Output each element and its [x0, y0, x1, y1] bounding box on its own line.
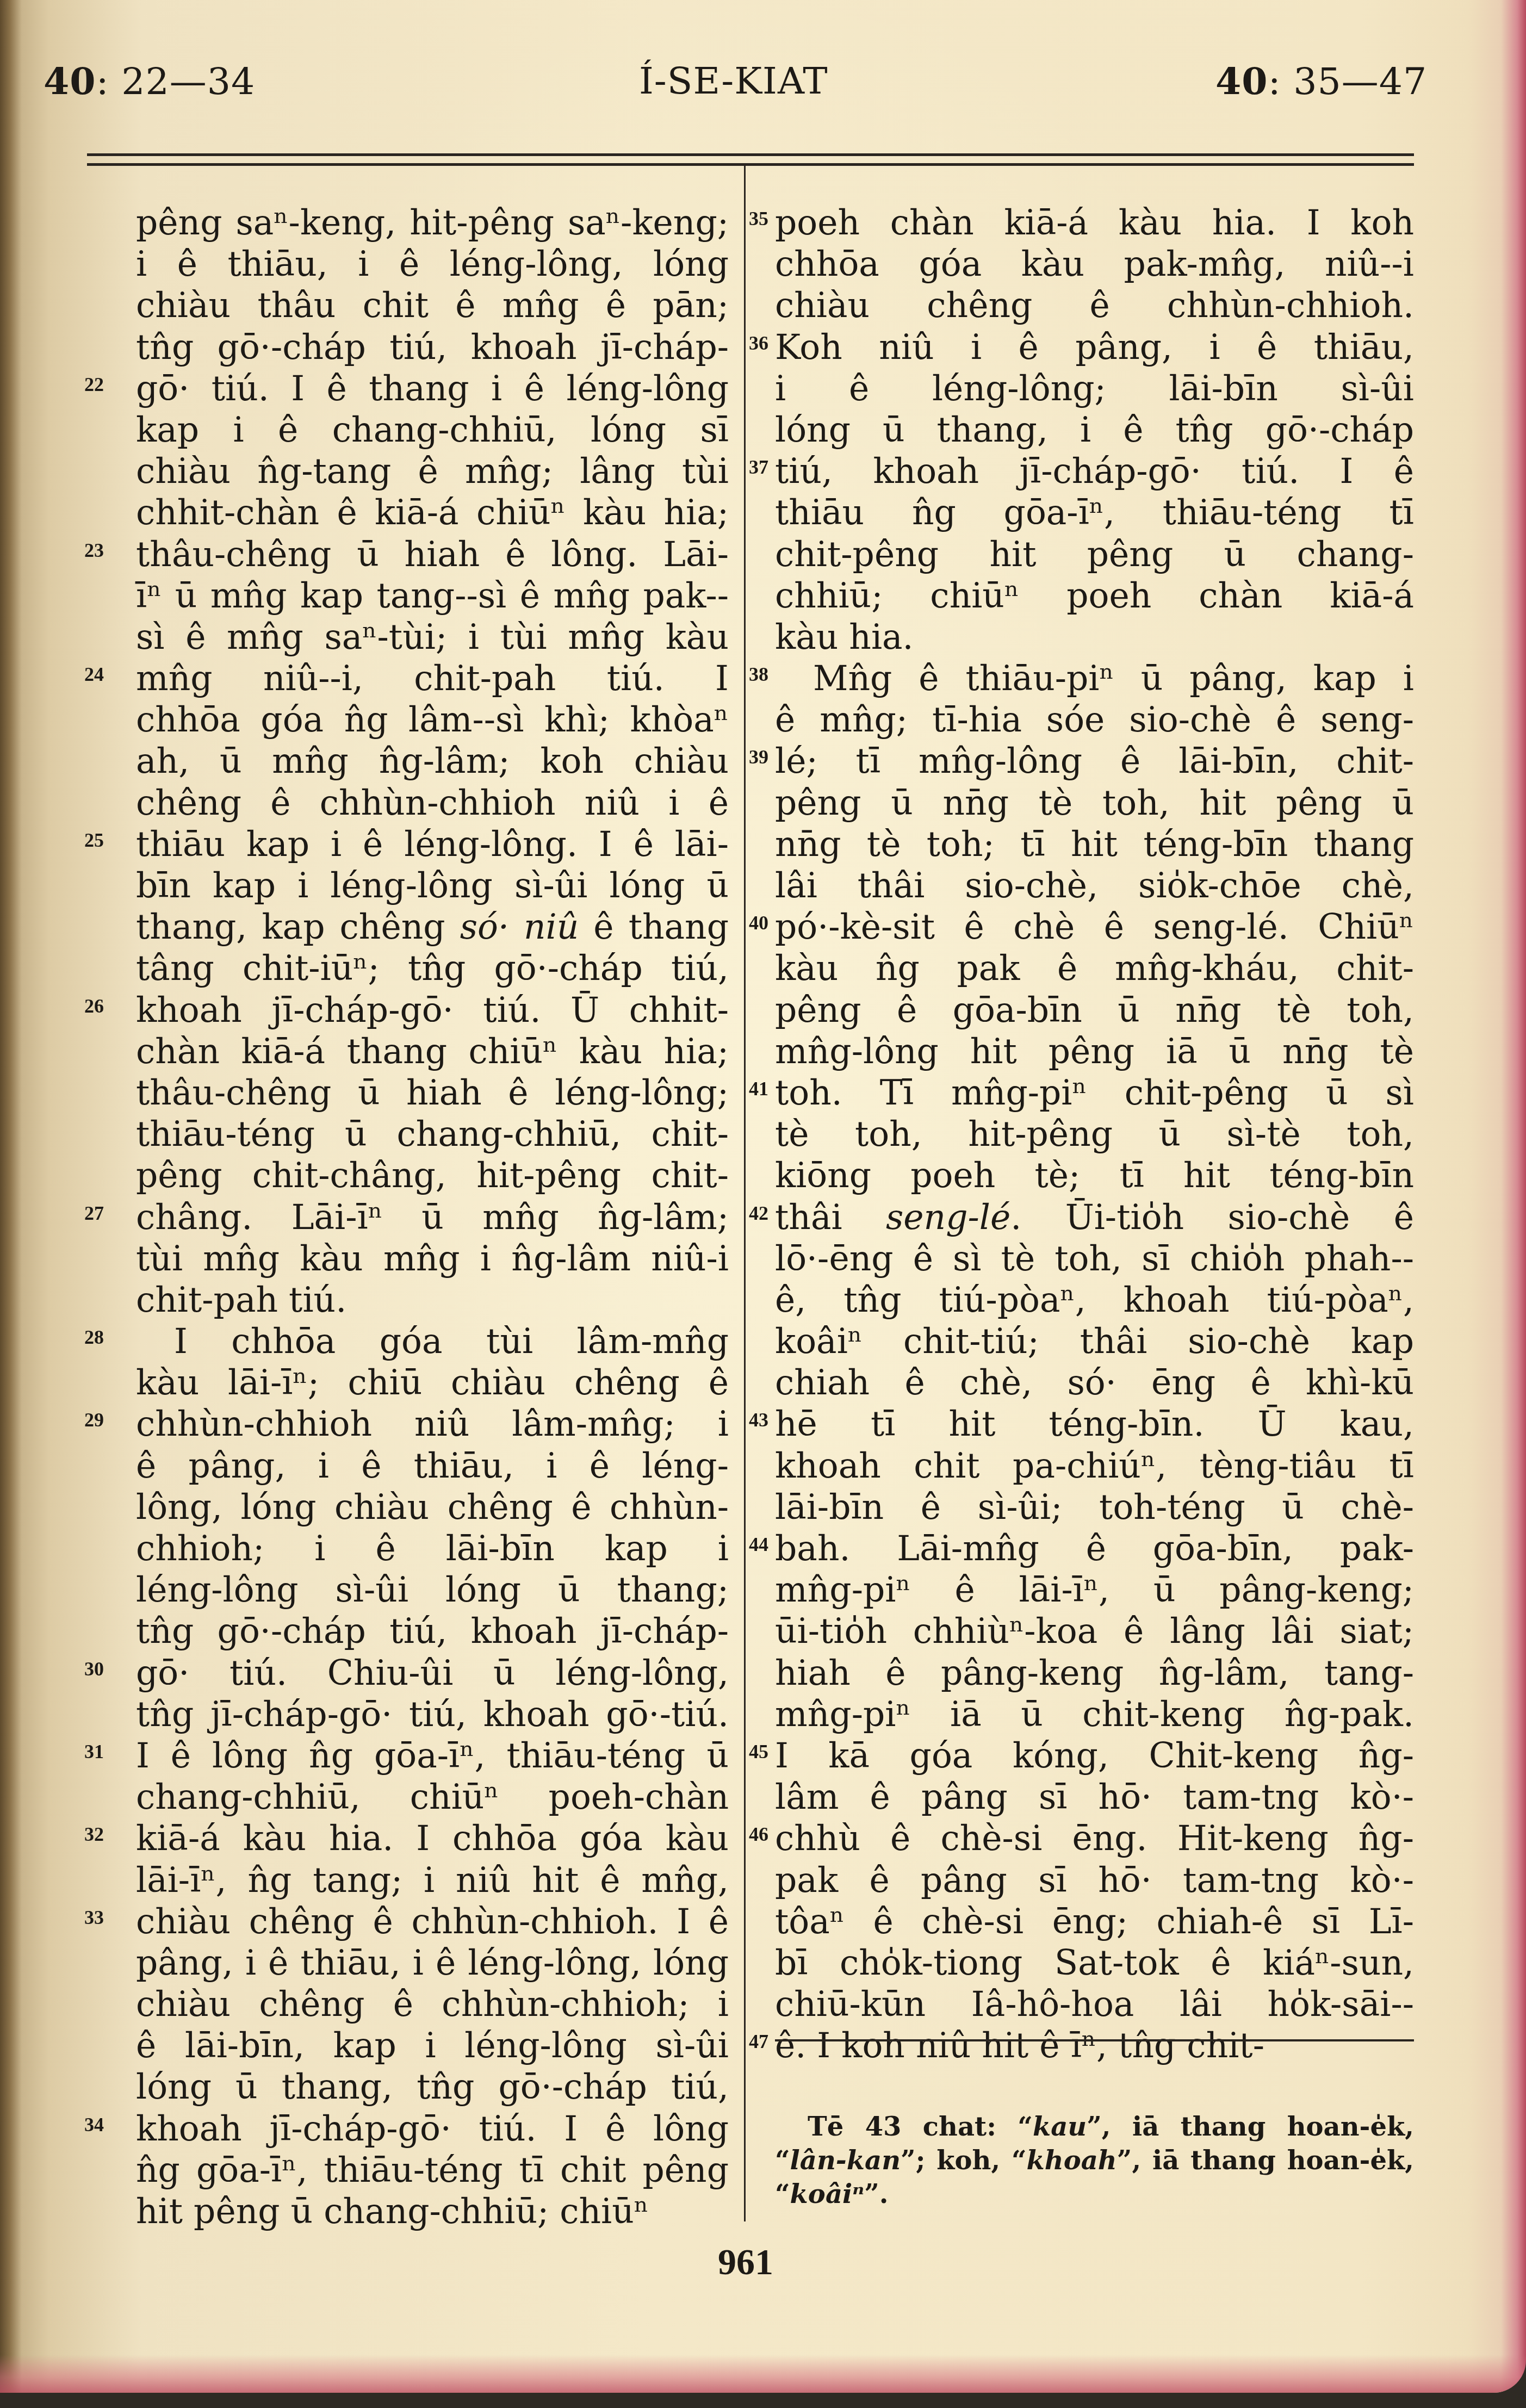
line-text: thiāu-téng ū chang-chhiū, chit- — [136, 1114, 729, 1154]
footnote-rule — [775, 2039, 1414, 2041]
line-text: kàu hia. — [775, 617, 914, 657]
line-text: pêng chit-châng, hit-pêng chit- — [136, 1156, 729, 1195]
verse-number: 31 — [84, 1742, 104, 1761]
verse-number: 35 — [749, 209, 768, 228]
line-text: i ê thiāu, i ê léng-lông, lóng — [136, 244, 729, 284]
text-line: ê pâng, i ê thiāu, i ê léng- — [136, 1445, 729, 1487]
line-text: gō· tiú. I ê thang i ê léng-lông — [136, 369, 729, 408]
line-text: pâng, i ê thiāu, i ê léng-lông, lóng — [136, 1943, 729, 1983]
line-text: chiah ê chè, só· ēng ê khì-kū — [775, 1363, 1414, 1402]
text-line: chhiū; chiūⁿ poeh chàn kiā-á — [775, 575, 1414, 617]
text-line: 34khoah jī-cháp-gō· tiú. I ê lông — [136, 2108, 729, 2150]
line-text: tùi mn̂g kàu mn̂g i n̂g-lâm niû-i — [136, 1239, 729, 1279]
line-text: pêng ê gōa-bīn ū nn̄g tè toh, — [775, 990, 1414, 1030]
line-text: hē tī hit téng-bīn. Ū kau, — [775, 1404, 1414, 1444]
line-text: lé; tī mn̂g-lông ê lāi-bīn, chit- — [775, 741, 1414, 781]
left-column: pêng saⁿ-keng, hit-pêng saⁿ-keng;i ê thi… — [136, 202, 729, 2232]
text-line: pêng saⁿ-keng, hit-pêng saⁿ-keng; — [136, 202, 729, 244]
text-line: 26khoah jī-cháp-gō· tiú. Ū chhit- — [136, 990, 729, 1031]
footnote: Tē 43 chat: “kau”, iā thang hoan-e̍k,“lâ… — [775, 2110, 1414, 2211]
line-text: pêng saⁿ-keng, hit-pêng saⁿ-keng; — [136, 203, 729, 243]
verse-number: 38 — [749, 665, 768, 684]
verse-number: 22 — [84, 375, 104, 394]
text-line: pak ê pâng sī hō· tam-tng kò·- — [775, 1860, 1414, 1901]
text-line: kiōng poeh tè; tī hit téng-bīn — [775, 1155, 1414, 1196]
verse-range-left: : 22—34 — [96, 60, 256, 103]
line-text: nn̄g tè toh; tī hit téng-bīn thang — [775, 824, 1414, 864]
right-column: 35poeh chàn kiā-á kàu hia. I kohchhōa gó… — [775, 202, 1414, 2066]
text-line: 41toh. Tī mn̂g-piⁿ chit-pêng ū sì — [775, 1072, 1414, 1114]
line-text: n̂g gōa-īⁿ, thiāu-téng tī chit pêng — [136, 2150, 729, 2190]
text-line: 46chhù ê chè-si ēng. Hit-keng n̂g- — [775, 1818, 1414, 1859]
text-line: chit-pêng hit pêng ū chang- — [775, 534, 1414, 575]
text-line: pêng chit-châng, hit-pêng chit- — [136, 1155, 729, 1196]
text-line: 32kiā-á kàu hia. I chhōa góa kàu — [136, 1818, 729, 1859]
text-line: ūi-tio̍h chhiùⁿ-koa ê lâng lâi siat; — [775, 1611, 1414, 1652]
verse-number: 30 — [84, 1659, 104, 1679]
text-line: sì ê mn̂g saⁿ-tùi; i tùi mn̂g kàu — [136, 617, 729, 658]
verse-number: 44 — [749, 1535, 768, 1554]
line-text: lāi-īⁿ, n̂g tang; i niû hit ê mn̂g, — [136, 1860, 729, 1900]
text-line: 39lé; tī mn̂g-lông ê lāi-bīn, chit- — [775, 741, 1414, 782]
text-line: 38Mn̂g ê thiāu-piⁿ ū pâng, kap i — [775, 658, 1414, 699]
text-line: pâng, i ê thiāu, i ê léng-lông, lóng — [136, 1942, 729, 1984]
line-text: chiū-kūn Iâ-hô-hoa lâi ho̍k-sāi-- — [775, 1984, 1414, 2024]
line-text: ah, ū mn̂g n̂g-lâm; koh chiàu — [136, 741, 729, 781]
verse-number: 26 — [84, 996, 104, 1016]
line-text: lāi-bīn ê sì-ûi; toh-téng ū chè- — [775, 1487, 1414, 1527]
text-line: kàu lāi-īⁿ; chiū chiàu chêng ê — [136, 1362, 729, 1404]
text-line: chiàu n̂g-tang ê mn̂g; lâng tùi — [136, 451, 729, 492]
text-line: pêng ê gōa-bīn ū nn̄g tè toh, — [775, 990, 1414, 1031]
header-rule-bottom — [87, 163, 1414, 166]
line-text: thiāu kap i ê léng-lông. I ê lāi- — [136, 824, 729, 864]
text-line: 30gō· tiú. Chiu-ûi ū léng-lông, — [136, 1653, 729, 1694]
line-text: kàu lāi-īⁿ; chiū chiàu chêng ê — [136, 1363, 729, 1402]
line-text: chit-pah tiú. — [136, 1280, 346, 1320]
verse-number: 33 — [84, 1908, 104, 1927]
line-text: chiàu n̂g-tang ê mn̂g; lâng tùi — [136, 451, 729, 491]
text-line: tn̂g gō·-cháp tiú, khoah jī-cháp- — [136, 327, 729, 368]
text-line: tùi mn̂g kàu mn̂g i n̂g-lâm niû-i — [136, 1238, 729, 1280]
text-line: 24mn̂g niû--i, chit-pah tiú. I — [136, 658, 729, 699]
running-head-left: 40: 22—34 — [44, 60, 255, 103]
text-line: chiàu chêng ê chhùn-chhioh; i — [136, 1984, 729, 2025]
text-line: lông, lóng chiàu chêng ê chhùn- — [136, 1487, 729, 1528]
line-text: tè toh, hit-pêng ū sì-tè toh, — [775, 1114, 1414, 1154]
text-line: hiah ê pâng-keng n̂g-lâm, tang- — [775, 1653, 1414, 1694]
text-line: lâm ê pâng sī hō· tam-tng kò·- — [775, 1777, 1414, 1818]
line-text: chhiū; chiūⁿ poeh chàn kiā-á — [775, 576, 1414, 616]
text-line: koâiⁿ chit-tiú; thâi sio-chè kap — [775, 1321, 1414, 1362]
text-line: thiāu-téng ū chang-chhiū, chit- — [136, 1114, 729, 1155]
text-line: 47ê. I koh niû hit ê īⁿ, tn̂g chit- — [775, 2025, 1414, 2066]
text-line: tn̂g gō·-cháp tiú, khoah jī-cháp- — [136, 1611, 729, 1652]
running-head-right: 40: 35—47 — [1215, 60, 1427, 103]
line-text: I chhōa góa tùi lâm-mn̂g — [174, 1321, 729, 1361]
text-line: lâi thâi sio-chè, sio̍k-chōe chè, — [775, 865, 1414, 907]
line-text: tôaⁿ ê chè-si ēng; chiah-ê sī Lī- — [775, 1902, 1414, 1941]
line-text: chang-chhiū, chiūⁿ poeh-chàn — [136, 1777, 729, 1817]
line-text: kiōng poeh tè; tī hit téng-bīn — [775, 1156, 1414, 1195]
text-line: chhit-chàn ê kiā-á chiūⁿ kàu hia; — [136, 492, 729, 533]
line-text: pêng ū nn̄g tè toh, hit pêng ū — [775, 783, 1414, 823]
line-text: khoah jī-cháp-gō· tiú. I ê lông — [136, 2109, 729, 2149]
line-text: koâiⁿ chit-tiú; thâi sio-chè kap — [775, 1321, 1414, 1361]
text-line: ah, ū mn̂g n̂g-lâm; koh chiàu — [136, 741, 729, 782]
book-title: Í-SE-KIAT — [639, 60, 828, 103]
line-text: khoah chit pa-chiúⁿ, tèng-tiâu tī — [775, 1446, 1414, 1486]
text-line: chêng ê chhùn-chhioh niû i ê — [136, 783, 729, 824]
chapter-number-right: 40 — [1215, 60, 1268, 103]
verse-number: 27 — [84, 1203, 104, 1223]
line-text: toh. Tī mn̂g-piⁿ chit-pêng ū sì — [775, 1073, 1414, 1113]
verse-number: 47 — [749, 2032, 768, 2051]
line-text: kàu n̂g pak ê mn̂g-kháu, chit- — [775, 948, 1414, 988]
chapter-number-left: 40 — [44, 60, 96, 103]
text-line: 31I ê lông n̂g gōa-īⁿ, thiāu-téng ū — [136, 1735, 729, 1777]
text-line: thang, kap chêng só· niû ê thang — [136, 907, 729, 948]
page-number: 961 — [718, 2241, 773, 2283]
text-line: 33chiàu chêng ê chhùn-chhioh. I ê — [136, 1901, 729, 1942]
verse-number: 25 — [84, 830, 104, 850]
line-text: īⁿ ū mn̂g kap tang--sì ê mn̂g pak-- — [136, 576, 729, 616]
line-text: hiah ê pâng-keng n̂g-lâm, tang- — [775, 1653, 1414, 1693]
book-page: 40: 22—34 Í-SE-KIAT 40: 35—47 pêng saⁿ-k… — [0, 0, 1526, 2393]
text-line: pêng ū nn̄g tè toh, hit pêng ū — [775, 783, 1414, 824]
line-text: ê pâng, i ê thiāu, i ê léng- — [136, 1446, 729, 1486]
line-text: kap i ê chang-chhiū, lóng sī — [136, 410, 729, 450]
text-line: nn̄g tè toh; tī hit téng-bīn thang — [775, 824, 1414, 865]
text-line: chhōa góa n̂g lâm--sì khì; khòaⁿ — [136, 699, 729, 741]
line-text: khoah jī-cháp-gō· tiú. Ū chhit- — [136, 990, 729, 1030]
text-line: lō·-ēng ê sì tè toh, sī chio̍h phah-- — [775, 1238, 1414, 1280]
line-text: chàn kiā-á thang chiūⁿ kàu hia; — [136, 1032, 729, 1071]
line-text: lóng ū thang, i ê tn̂g gō·-cháp — [775, 410, 1414, 450]
verse-number: 28 — [84, 1327, 104, 1347]
text-line: lāi-bīn ê sì-ûi; toh-téng ū chè- — [775, 1487, 1414, 1528]
line-text: pó·-kè-sit ê chè ê seng-lé. Chiūⁿ — [775, 907, 1414, 947]
line-text: tn̂g gō·-cháp tiú, khoah jī-cháp- — [136, 1611, 729, 1651]
text-line: kàu hia. — [775, 617, 1414, 658]
text-line: tè toh, hit-pêng ū sì-tè toh, — [775, 1114, 1414, 1155]
line-text: ê mn̂g; tī-hia sóe sio-chè ê seng- — [775, 700, 1414, 740]
text-line: tâng chit-iūⁿ; tn̂g gō·-cháp tiú, — [136, 948, 729, 989]
line-text: ê. I koh niû hit ê īⁿ, tn̂g chit- — [775, 2026, 1264, 2065]
line-text: bī cho̍k-tiong Sat-tok ê kiáⁿ-sun, — [775, 1943, 1414, 1983]
line-text: poeh chàn kiā-á kàu hia. I koh — [775, 203, 1414, 243]
line-text: lâm ê pâng sī hō· tam-tng kò·- — [775, 1777, 1414, 1817]
line-text: mn̂g-piⁿ ê lāi-īⁿ, ū pâng-keng; — [775, 1570, 1414, 1610]
line-text: i ê léng-lông; lāi-bīn sì-ûi — [775, 369, 1414, 408]
verse-number: 46 — [749, 1824, 768, 1844]
header-rule-top — [87, 153, 1414, 156]
line-text: pak ê pâng sī hō· tam-tng kò·- — [775, 1860, 1414, 1900]
line-text: léng-lông sì-ûi lóng ū thang; — [136, 1570, 729, 1610]
line-text: thâu-chêng ū hiah ê lông. Lāi- — [136, 535, 729, 574]
verse-number: 41 — [749, 1079, 768, 1099]
text-line: 40pó·-kè-sit ê chè ê seng-lé. Chiūⁿ — [775, 907, 1414, 948]
text-line: 37tiú, khoah jī-cháp-gō· tiú. I ê — [775, 451, 1414, 492]
line-text: chhùn-chhioh niû lâm-mn̂g; i — [136, 1404, 729, 1444]
text-line: mn̂g-lông hit pêng iā ū nn̄g tè — [775, 1031, 1414, 1072]
text-line: kàu n̂g pak ê mn̂g-kháu, chit- — [775, 948, 1414, 989]
line-text: thiāu n̂g gōa-īⁿ, thiāu-téng tī — [775, 493, 1414, 532]
text-line: chit-pah tiú. — [136, 1280, 729, 1321]
text-line: kap i ê chang-chhiū, lóng sī — [136, 409, 729, 451]
text-line: chiàu thâu chit ê mn̂g ê pān; — [136, 285, 729, 326]
line-text: lō·-ēng ê sì tè toh, sī chio̍h phah-- — [775, 1239, 1414, 1279]
text-line: thâu-chêng ū hiah ê léng-lông; — [136, 1072, 729, 1114]
line-text: lông, lóng chiàu chêng ê chhùn- — [136, 1487, 729, 1527]
column-divider — [744, 166, 746, 2221]
line-text: I ê lông n̂g gōa-īⁿ, thiāu-téng ū — [136, 1736, 729, 1776]
text-line: chiah ê chè, só· ēng ê khì-kū — [775, 1362, 1414, 1404]
text-line: bī cho̍k-tiong Sat-tok ê kiáⁿ-sun, — [775, 1942, 1414, 1984]
verse-number: 40 — [749, 913, 768, 933]
line-text: chiàu chêng ê chhùn-chhioh. I ê — [136, 1902, 729, 1941]
text-line: mn̂g-piⁿ ê lāi-īⁿ, ū pâng-keng; — [775, 1569, 1414, 1611]
text-line: chiū-kūn Iâ-hô-hoa lâi ho̍k-sāi-- — [775, 1984, 1414, 2025]
text-line: 27châng. Lāi-īⁿ ū mn̂g n̂g-lâm; — [136, 1197, 729, 1238]
line-text: tiú, khoah jī-cháp-gō· tiú. I ê — [775, 451, 1414, 491]
line-text: lâi thâi sio-chè, sio̍k-chōe chè, — [775, 866, 1414, 905]
line-text: ūi-tio̍h chhiùⁿ-koa ê lâng lâi siat; — [775, 1611, 1414, 1651]
line-text: mn̂g-lông hit pêng iā ū nn̄g tè — [775, 1032, 1414, 1071]
line-text: lóng ū thang, tn̂g gō·-cháp tiú, — [136, 2067, 729, 2107]
text-line: tn̂g jī-cháp-gō· tiú, khoah gō·-tiú. — [136, 1694, 729, 1735]
text-line: īⁿ ū mn̂g kap tang--sì ê mn̂g pak-- — [136, 575, 729, 617]
line-text: chit-pêng hit pêng ū chang- — [775, 535, 1414, 574]
line-text: mn̂g-piⁿ iā ū chit-keng n̂g-pak. — [775, 1695, 1414, 1734]
line-text: ê, tn̂g tiú-pòaⁿ, khoah tiú-pòaⁿ, — [775, 1280, 1414, 1320]
verse-number: 42 — [749, 1203, 768, 1223]
line-text: Mn̂g ê thiāu-piⁿ ū pâng, kap i — [813, 659, 1414, 698]
line-text: chhù ê chè-si ēng. Hit-keng n̂g- — [775, 1819, 1414, 1858]
text-line: n̂g gōa-īⁿ, thiāu-téng tī chit pêng — [136, 2150, 729, 2191]
text-line: léng-lông sì-ûi lóng ū thang; — [136, 1569, 729, 1611]
text-line: i ê thiāu, i ê léng-lông, lóng — [136, 244, 729, 285]
line-text: I kā góa kóng, Chit-keng n̂g- — [775, 1736, 1414, 1776]
text-line: 45I kā góa kóng, Chit-keng n̂g- — [775, 1735, 1414, 1777]
verse-number: 24 — [84, 665, 104, 684]
text-line: 36Koh niû i ê pâng, i ê thiāu, — [775, 327, 1414, 368]
text-line: ê lāi-bīn, kap i léng-lông sì-ûi — [136, 2025, 729, 2066]
line-text: chiàu chêng ê chhùn-chhioh; i — [136, 1984, 729, 2024]
text-line: 25thiāu kap i ê léng-lông. I ê lāi- — [136, 824, 729, 865]
line-text: bah. Lāi-mn̂g ê gōa-bīn, pak- — [775, 1529, 1414, 1568]
line-text: chhōa góa kàu pak-mn̂g, niû--i — [775, 244, 1414, 284]
text-line: 22gō· tiú. I ê thang i ê léng-lông — [136, 368, 729, 409]
verse-number: 36 — [749, 333, 768, 353]
line-text: tn̂g jī-cháp-gō· tiú, khoah gō·-tiú. — [136, 1695, 729, 1734]
text-line: 43hē tī hit téng-bīn. Ū kau, — [775, 1404, 1414, 1445]
line-text: gō· tiú. Chiu-ûi ū léng-lông, — [136, 1653, 729, 1693]
text-line: ê mn̂g; tī-hia sóe sio-chè ê seng- — [775, 699, 1414, 741]
line-text: châng. Lāi-īⁿ ū mn̂g n̂g-lâm; — [136, 1197, 729, 1237]
verse-number: 29 — [84, 1410, 104, 1430]
footnote-line: “lân-kan”; koh, “khoah”, iā thang hoan-e… — [775, 2144, 1414, 2177]
line-text: thang, kap chêng só· niû ê thang — [136, 907, 729, 947]
line-text: thâu-chêng ū hiah ê léng-lông; — [136, 1073, 729, 1113]
verse-number: 34 — [84, 2115, 104, 2134]
verse-number: 43 — [749, 1410, 768, 1430]
verse-range-right: : 35—47 — [1268, 60, 1428, 103]
text-line: lóng ū thang, i ê tn̂g gō·-cháp — [775, 409, 1414, 451]
text-line: chhōa góa kàu pak-mn̂g, niû--i — [775, 244, 1414, 285]
text-line: 35poeh chàn kiā-á kàu hia. I koh — [775, 202, 1414, 244]
text-line: thiāu n̂g gōa-īⁿ, thiāu-téng tī — [775, 492, 1414, 533]
text-line: khoah chit pa-chiúⁿ, tèng-tiâu tī — [775, 1445, 1414, 1487]
text-line: chiàu chêng ê chhùn-chhioh. — [775, 285, 1414, 326]
text-line: mn̂g-piⁿ iā ū chit-keng n̂g-pak. — [775, 1694, 1414, 1735]
text-line: ê, tn̂g tiú-pòaⁿ, khoah tiú-pòaⁿ, — [775, 1280, 1414, 1321]
text-line: 23thâu-chêng ū hiah ê lông. Lāi- — [136, 534, 729, 575]
line-text: tn̂g gō·-cháp tiú, khoah jī-cháp- — [136, 327, 729, 367]
text-line: i ê léng-lông; lāi-bīn sì-ûi — [775, 368, 1414, 409]
line-text: tâng chit-iūⁿ; tn̂g gō·-cháp tiú, — [136, 948, 729, 988]
line-text: chiàu thâu chit ê mn̂g ê pān; — [136, 286, 729, 325]
line-text: mn̂g niû--i, chit-pah tiú. I — [136, 659, 729, 698]
verse-number: 32 — [84, 1824, 104, 1844]
line-text: thâi seng-lé. Ūi-tio̍h sio-chè ê — [775, 1197, 1414, 1237]
verse-number: 37 — [749, 457, 768, 477]
text-line: lóng ū thang, tn̂g gō·-cháp tiú, — [136, 2066, 729, 2108]
line-text: chhioh; i ê lāi-bīn kap i — [136, 1529, 729, 1568]
text-line: chàn kiā-á thang chiūⁿ kàu hia; — [136, 1031, 729, 1072]
text-line: chang-chhiū, chiūⁿ poeh-chàn — [136, 1777, 729, 1818]
line-text: ê lāi-bīn, kap i léng-lông sì-ûi — [136, 2026, 729, 2065]
text-line: 29chhùn-chhioh niû lâm-mn̂g; i — [136, 1404, 729, 1445]
text-line: 44bah. Lāi-mn̂g ê gōa-bīn, pak- — [775, 1528, 1414, 1569]
line-text: Koh niû i ê pâng, i ê thiāu, — [775, 327, 1414, 367]
verse-number: 45 — [749, 1742, 768, 1761]
line-text: chiàu chêng ê chhùn-chhioh. — [775, 286, 1414, 325]
line-text: chhōa góa n̂g lâm--sì khì; khòaⁿ — [136, 700, 729, 740]
text-line: chhioh; i ê lāi-bīn kap i — [136, 1528, 729, 1569]
footnote-line: “koâiⁿ”. — [775, 2177, 1414, 2211]
text-line: 42thâi seng-lé. Ūi-tio̍h sio-chè ê — [775, 1197, 1414, 1238]
footnote-line: Tē 43 chat: “kau”, iā thang hoan-e̍k, — [775, 2110, 1414, 2144]
verse-number: 23 — [84, 541, 104, 560]
text-line: bīn kap i léng-lông sì-ûi lóng ū — [136, 865, 729, 907]
verse-number: 39 — [749, 747, 768, 767]
line-text: kiā-á kàu hia. I chhōa góa kàu — [136, 1819, 729, 1858]
text-line: tôaⁿ ê chè-si ēng; chiah-ê sī Lī- — [775, 1901, 1414, 1942]
line-text: chhit-chàn ê kiā-á chiūⁿ kàu hia; — [136, 493, 729, 532]
line-text: chêng ê chhùn-chhioh niû i ê — [136, 783, 729, 823]
text-line: 28I chhōa góa tùi lâm-mn̂g — [136, 1321, 729, 1362]
line-text: sì ê mn̂g saⁿ-tùi; i tùi mn̂g kàu — [136, 617, 729, 657]
text-line: hit pêng ū chang-chhiū; chiūⁿ — [136, 2191, 729, 2232]
text-line: lāi-īⁿ, n̂g tang; i niû hit ê mn̂g, — [136, 1860, 729, 1901]
line-text: bīn kap i léng-lông sì-ûi lóng ū — [136, 866, 729, 905]
line-text: hit pêng ū chang-chhiū; chiūⁿ — [136, 2192, 649, 2231]
